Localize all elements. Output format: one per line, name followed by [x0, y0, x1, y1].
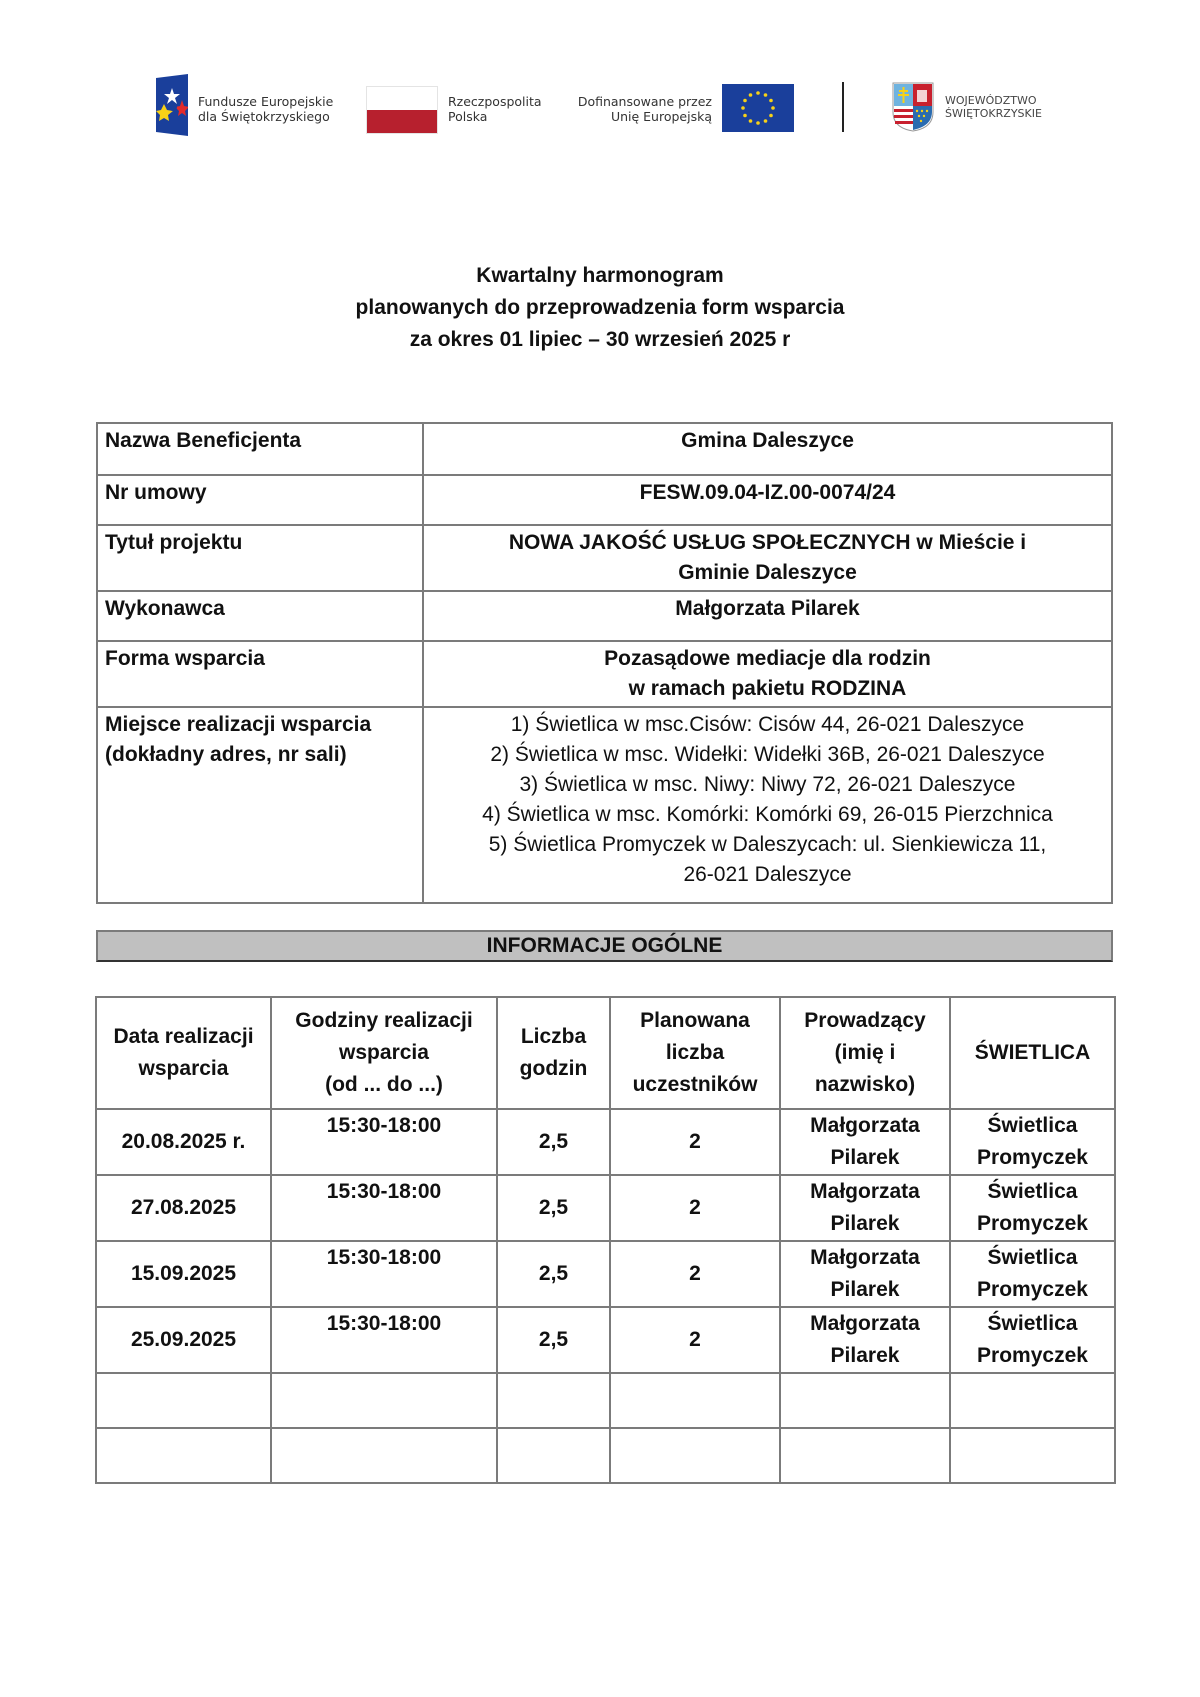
hours-cell-text: 15:30-18:00 [275, 1110, 493, 1142]
woj-line2: ŚWIĘTOKRZYSKIE [945, 107, 1042, 120]
empty-cell [950, 1373, 1115, 1428]
column-header: ŚWIETLICA [950, 997, 1115, 1109]
info-label: Nr umowy [97, 475, 423, 525]
info-row-forma: Forma wsparcia Pozasądowe mediacje dla r… [97, 641, 1112, 707]
leader-cell-text: Małgorzata [784, 1242, 946, 1274]
info-row-nr-umowy: Nr umowy FESW.09.04-IZ.00-0074/24 [97, 475, 1112, 525]
column-header-line: ŚWIETLICA [954, 1037, 1111, 1069]
column-header-line: Planowana [614, 1005, 776, 1037]
hours-count-cell: 2,5 [497, 1241, 610, 1307]
rp-line2: Polska [448, 109, 542, 124]
fe-logo-text: Fundusze Europejskie dla Świętokrzyskieg… [198, 94, 333, 124]
info-label: Nazwa Beneficjenta [97, 423, 423, 475]
schedule-row-empty [96, 1373, 1115, 1428]
hours-count-cell: 2,5 [497, 1109, 610, 1175]
leader-cell-text: Pilarek [784, 1142, 946, 1174]
leader-cell-text: Małgorzata [784, 1110, 946, 1142]
schedule-row: 15.09.202515:30-18:002,52MałgorzataPilar… [96, 1241, 1115, 1307]
info-value-line: NOWA JAKOŚĆ USŁUG SPOŁECZNYCH w Mieście … [431, 528, 1104, 558]
place-cell: ŚwietlicaPromyczek [950, 1109, 1115, 1175]
info-value-places: 1) Świetlica w msc.Cisów: Cisów 44, 26-0… [423, 707, 1112, 903]
hours-count-cell-text: 2,5 [501, 1126, 606, 1158]
info-label-line: (dokładny adres, nr sali) [105, 740, 415, 770]
hours-cell: 15:30-18:00 [271, 1241, 497, 1307]
column-header-line: nazwisko) [784, 1069, 946, 1101]
swietokrzyskie-coat-of-arms-icon [892, 82, 934, 132]
leader-cell-text: Pilarek [784, 1274, 946, 1306]
place-cell: ŚwietlicaPromyczek [950, 1307, 1115, 1373]
logo-divider [842, 82, 844, 132]
place-cell-text: Świetlica [954, 1242, 1111, 1274]
title-line-2: planowanych do przeprowadzenia form wspa… [0, 292, 1200, 324]
empty-cell [497, 1373, 610, 1428]
schedule-row: 25.09.202515:30-18:002,52MałgorzataPilar… [96, 1307, 1115, 1373]
info-value-line: Gminie Daleszyce [431, 558, 1104, 588]
column-header-line: Liczba [501, 1021, 606, 1053]
participants-cell: 2 [610, 1307, 780, 1373]
hours-cell: 15:30-18:00 [271, 1175, 497, 1241]
polish-flag-icon [366, 86, 438, 134]
column-header-line: (od ... do ...) [275, 1069, 493, 1101]
info-label-line: Miejsce realizacji wsparcia [105, 710, 415, 740]
place-item: 4) Świetlica w msc. Komórki: Komórki 69,… [431, 800, 1104, 830]
leader-cell: MałgorzataPilarek [780, 1307, 950, 1373]
place-cell-text: Świetlica [954, 1308, 1111, 1340]
schedule-header-row: Data realizacjiwsparciaGodziny realizacj… [96, 997, 1115, 1109]
woj-line1: WOJEWÓDZTWO [945, 94, 1042, 107]
hours-count-cell-text: 2,5 [501, 1324, 606, 1356]
column-header-line: wsparcia [100, 1053, 267, 1085]
fe-line2: dla Świętokrzyskiego [198, 109, 333, 124]
empty-cell [780, 1373, 950, 1428]
column-header: Prowadzący(imię inazwisko) [780, 997, 950, 1109]
hours-cell: 15:30-18:00 [271, 1307, 497, 1373]
column-header-line: (imię i [784, 1037, 946, 1069]
fundusze-europejskie-logo-icon [156, 74, 188, 136]
empty-cell [271, 1373, 497, 1428]
schedule-row: 27.08.202515:30-18:002,52MałgorzataPilar… [96, 1175, 1115, 1241]
leader-cell-text: Pilarek [784, 1208, 946, 1240]
empty-cell [950, 1428, 1115, 1483]
info-value-line: w ramach pakietu RODZINA [431, 674, 1104, 704]
column-header: Liczbagodzin [497, 997, 610, 1109]
hours-count-cell-text: 2,5 [501, 1258, 606, 1290]
logo-strip: Fundusze Europejskie dla Świętokrzyskieg… [150, 72, 1050, 144]
hours-cell-text: 15:30-18:00 [275, 1308, 493, 1340]
column-header: Data realizacjiwsparcia [96, 997, 271, 1109]
column-header-line: wsparcia [275, 1037, 493, 1069]
place-item: 5) Świetlica Promyczek w Daleszycach: ul… [431, 830, 1104, 860]
section-band-informacje-ogolne: INFORMACJE OGÓLNE [96, 930, 1113, 962]
hours-cell-text: 15:30-18:00 [275, 1242, 493, 1274]
empty-cell [610, 1373, 780, 1428]
place-cell-text: Promyczek [954, 1340, 1111, 1372]
date-cell-text: 27.08.2025 [100, 1192, 267, 1224]
fe-line1: Fundusze Europejskie [198, 94, 333, 109]
info-value: Małgorzata Pilarek [423, 591, 1112, 641]
info-row-miejsce: Miejsce realizacji wsparcia (dokładny ad… [97, 707, 1112, 903]
info-label: Wykonawca [97, 591, 423, 641]
place-cell: ŚwietlicaPromyczek [950, 1241, 1115, 1307]
leader-cell-text: Małgorzata [784, 1308, 946, 1340]
column-header-line: Godziny realizacji [275, 1005, 493, 1037]
info-label: Forma wsparcia [97, 641, 423, 707]
info-value-line: Pozasądowe mediacje dla rodzin [431, 644, 1104, 674]
column-header-line: uczestników [614, 1069, 776, 1101]
participants-cell: 2 [610, 1175, 780, 1241]
eu-flag-icon [722, 84, 794, 132]
date-cell: 25.09.2025 [96, 1307, 271, 1373]
eu-logo-text: Dofinansowane przez Unię Europejską [570, 94, 712, 124]
info-row-wykonawca: Wykonawca Małgorzata Pilarek [97, 591, 1112, 641]
empty-cell [96, 1373, 271, 1428]
place-cell-text: Promyczek [954, 1142, 1111, 1174]
participants-cell-text: 2 [614, 1192, 776, 1224]
rp-line1: Rzeczpospolita [448, 94, 542, 109]
hours-count-cell: 2,5 [497, 1307, 610, 1373]
date-cell-text: 15.09.2025 [100, 1258, 267, 1290]
woj-logo-text: WOJEWÓDZTWO ŚWIĘTOKRZYSKIE [945, 94, 1042, 120]
participants-cell: 2 [610, 1109, 780, 1175]
participants-cell-text: 2 [614, 1258, 776, 1290]
project-info-table: Nazwa Beneficjenta Gmina Daleszyce Nr um… [96, 422, 1113, 904]
column-header-line: godzin [501, 1053, 606, 1085]
leader-cell: MałgorzataPilarek [780, 1241, 950, 1307]
place-item: 26-021 Daleszyce [431, 860, 1104, 890]
place-item: 3) Świetlica w msc. Niwy: Niwy 72, 26-02… [431, 770, 1104, 800]
place-cell: ŚwietlicaPromyczek [950, 1175, 1115, 1241]
leader-cell: MałgorzataPilarek [780, 1109, 950, 1175]
empty-cell [497, 1428, 610, 1483]
hours-cell-text: 15:30-18:00 [275, 1176, 493, 1208]
info-value: NOWA JAKOŚĆ USŁUG SPOŁECZNYCH w Mieście … [423, 525, 1112, 591]
date-cell-text: 25.09.2025 [100, 1324, 267, 1356]
leader-cell: MałgorzataPilarek [780, 1175, 950, 1241]
leader-cell-text: Pilarek [784, 1340, 946, 1372]
hours-count-cell: 2,5 [497, 1175, 610, 1241]
date-cell: 20.08.2025 r. [96, 1109, 271, 1175]
date-cell-text: 20.08.2025 r. [100, 1126, 267, 1158]
empty-cell [780, 1428, 950, 1483]
schedule-row-empty [96, 1428, 1115, 1483]
info-row-tytul: Tytuł projektu NOWA JAKOŚĆ USŁUG SPOŁECZ… [97, 525, 1112, 591]
empty-cell [610, 1428, 780, 1483]
schedule-row: 20.08.2025 r.15:30-18:002,52MałgorzataPi… [96, 1109, 1115, 1175]
document-title: Kwartalny harmonogram planowanych do prz… [0, 260, 1200, 356]
title-line-1: Kwartalny harmonogram [0, 260, 1200, 292]
participants-cell-text: 2 [614, 1126, 776, 1158]
eu-line1: Dofinansowane przez [570, 94, 712, 109]
place-cell-text: Promyczek [954, 1274, 1111, 1306]
info-label: Miejsce realizacji wsparcia (dokładny ad… [97, 707, 423, 903]
eu-line2: Unię Europejską [570, 109, 712, 124]
empty-cell [96, 1428, 271, 1483]
column-header: Godziny realizacjiwsparcia(od ... do ...… [271, 997, 497, 1109]
date-cell: 15.09.2025 [96, 1241, 271, 1307]
place-cell-text: Promyczek [954, 1208, 1111, 1240]
column-header-line: liczba [614, 1037, 776, 1069]
rp-logo-text: Rzeczpospolita Polska [448, 94, 542, 124]
info-value: FESW.09.04-IZ.00-0074/24 [423, 475, 1112, 525]
title-line-3: za okres 01 lipiec – 30 wrzesień 2025 r [0, 324, 1200, 356]
column-header: Planowanaliczbauczestników [610, 997, 780, 1109]
empty-cell [271, 1428, 497, 1483]
column-header-line: Prowadzący [784, 1005, 946, 1037]
hours-cell: 15:30-18:00 [271, 1109, 497, 1175]
info-label: Tytuł projektu [97, 525, 423, 591]
date-cell: 27.08.2025 [96, 1175, 271, 1241]
place-cell-text: Świetlica [954, 1110, 1111, 1142]
info-row-beneficjent: Nazwa Beneficjenta Gmina Daleszyce [97, 423, 1112, 475]
schedule-table: Data realizacjiwsparciaGodziny realizacj… [95, 996, 1116, 1484]
column-header-line: Data realizacji [100, 1021, 267, 1053]
hours-count-cell-text: 2,5 [501, 1192, 606, 1224]
info-value: Gmina Daleszyce [423, 423, 1112, 475]
info-value: Pozasądowe mediacje dla rodzin w ramach … [423, 641, 1112, 707]
place-cell-text: Świetlica [954, 1176, 1111, 1208]
participants-cell: 2 [610, 1241, 780, 1307]
place-item: 1) Świetlica w msc.Cisów: Cisów 44, 26-0… [431, 710, 1104, 740]
leader-cell-text: Małgorzata [784, 1176, 946, 1208]
place-item: 2) Świetlica w msc. Widełki: Widełki 36B… [431, 740, 1104, 770]
participants-cell-text: 2 [614, 1324, 776, 1356]
